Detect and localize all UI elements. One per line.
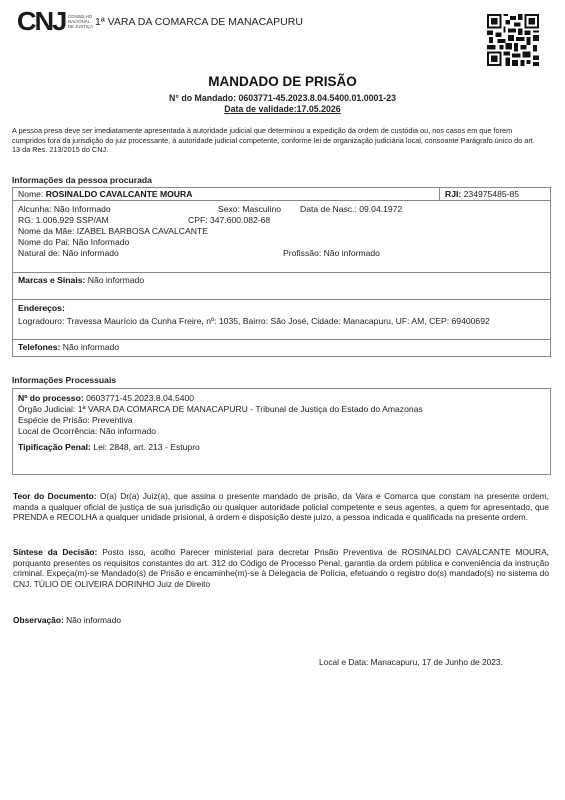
cnj-logo-subtitle: Conselho Nacional de Justiça	[68, 14, 93, 29]
person-info-box: Nome: ROSINALDO CAVALCANTE MOURA RJI: 23…	[12, 187, 551, 357]
rg: RG: 1.006.929 SSP/AM	[18, 215, 109, 225]
cnj-logo: CNJ Conselho Nacional de Justiça	[18, 8, 93, 34]
address: Logradouro: Travessa Maurício da Cunha F…	[18, 316, 545, 326]
process-info-box: Nº do processo: 0603771-45.2023.8.04.540…	[12, 388, 551, 475]
birthplace: Natural de: Não informado	[18, 248, 119, 258]
place-and-date: Local e Data: Manacapuru, 17 de Junho de…	[319, 657, 503, 667]
father-name: Nome do Pai: Não Informado	[18, 237, 545, 248]
person-section-heading: Informações da pessoa procurada	[12, 175, 152, 185]
qr-code-icon	[487, 14, 539, 66]
validity-date: Data de validade:17.05.2026	[0, 104, 565, 114]
document-content: Teor do Documento: O(a) Dr(a) Juiz(a), q…	[13, 491, 549, 523]
penal-classification: Tipificação Penal: Lei: 2848, art. 213 -…	[18, 442, 545, 453]
person-name: Nome: ROSINALDO CAVALCANTE MOURA	[13, 188, 440, 200]
personal-details: Alcunha: Não Informado Sexo: Masculino D…	[13, 201, 550, 273]
cpf: CPF: 347.600.082-68	[188, 215, 270, 226]
process-section-heading: Informações Processuais	[12, 375, 116, 385]
arrest-type: Espécie de Prisão: Preventiva	[18, 415, 545, 426]
intro-notice: A pessoa presa deve ser imediatamente ap…	[12, 126, 542, 155]
profession: Profissão: Não informado	[283, 248, 380, 259]
occurrence-place: Local de Ocorrência: Não informado	[18, 426, 545, 437]
court-name: 1ª VARA DA COMARCA DE MANACAPURU	[95, 16, 303, 28]
person-rji: RJI: 234975485-85	[440, 188, 550, 200]
decision-summary: Síntese da Decisão: Posto isso, acolho P…	[13, 547, 549, 589]
cnj-logo-mark: CNJ	[17, 8, 65, 34]
mother-name: Nome da Mãe: IZABEL BARBOSA CAVALCANTE	[18, 226, 545, 237]
phones-row: Telefones: Não informado	[13, 340, 550, 356]
process-number: Nº do processo: 0603771-45.2023.8.04.540…	[18, 393, 545, 404]
alias: Alcunha: Não Informado	[18, 204, 111, 214]
sex: Sexo: Masculino	[218, 204, 281, 215]
address-row: Endereços: Logradouro: Travessa Maurício…	[13, 300, 550, 340]
marks-row: Marcas e Sinais: Não informado	[13, 273, 550, 300]
observation: Observação: Não informado	[13, 615, 121, 625]
birth-date: Data de Nasc.: 09.04.1972	[300, 204, 402, 215]
judicial-organ: Órgão Judicial: 1ª VARA DA COMARCA DE MA…	[18, 404, 545, 415]
document-title: MANDADO DE PRISÃO	[0, 74, 565, 89]
name-row: Nome: ROSINALDO CAVALCANTE MOURA RJI: 23…	[13, 188, 550, 201]
warrant-number: N° do Mandado: 0603771-45.2023.8.04.5400…	[0, 93, 565, 103]
